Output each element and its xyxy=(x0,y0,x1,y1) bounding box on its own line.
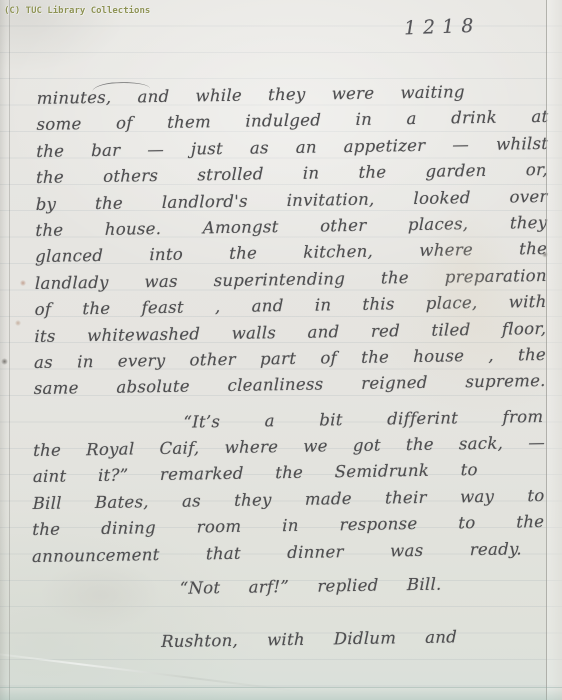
copyright-watermark: (C) TUC Library Collections xyxy=(4,6,150,16)
manuscript-line: “Not arf!” replied Bill. xyxy=(180,572,442,603)
foxing-spot xyxy=(15,320,21,326)
page-edge-right xyxy=(546,0,562,700)
manuscript-line: Rushton, with Didlum and xyxy=(161,625,457,656)
foxing-spot xyxy=(20,280,26,286)
page-number: 1218 xyxy=(404,15,481,40)
manuscript-page-scan: (C) TUC Library Collections 1218 minutes… xyxy=(0,0,562,700)
page-edge-bottom xyxy=(0,687,562,700)
paper-smudge xyxy=(40,560,160,630)
paper-smudge xyxy=(420,200,510,340)
page-edge-left xyxy=(0,0,10,700)
